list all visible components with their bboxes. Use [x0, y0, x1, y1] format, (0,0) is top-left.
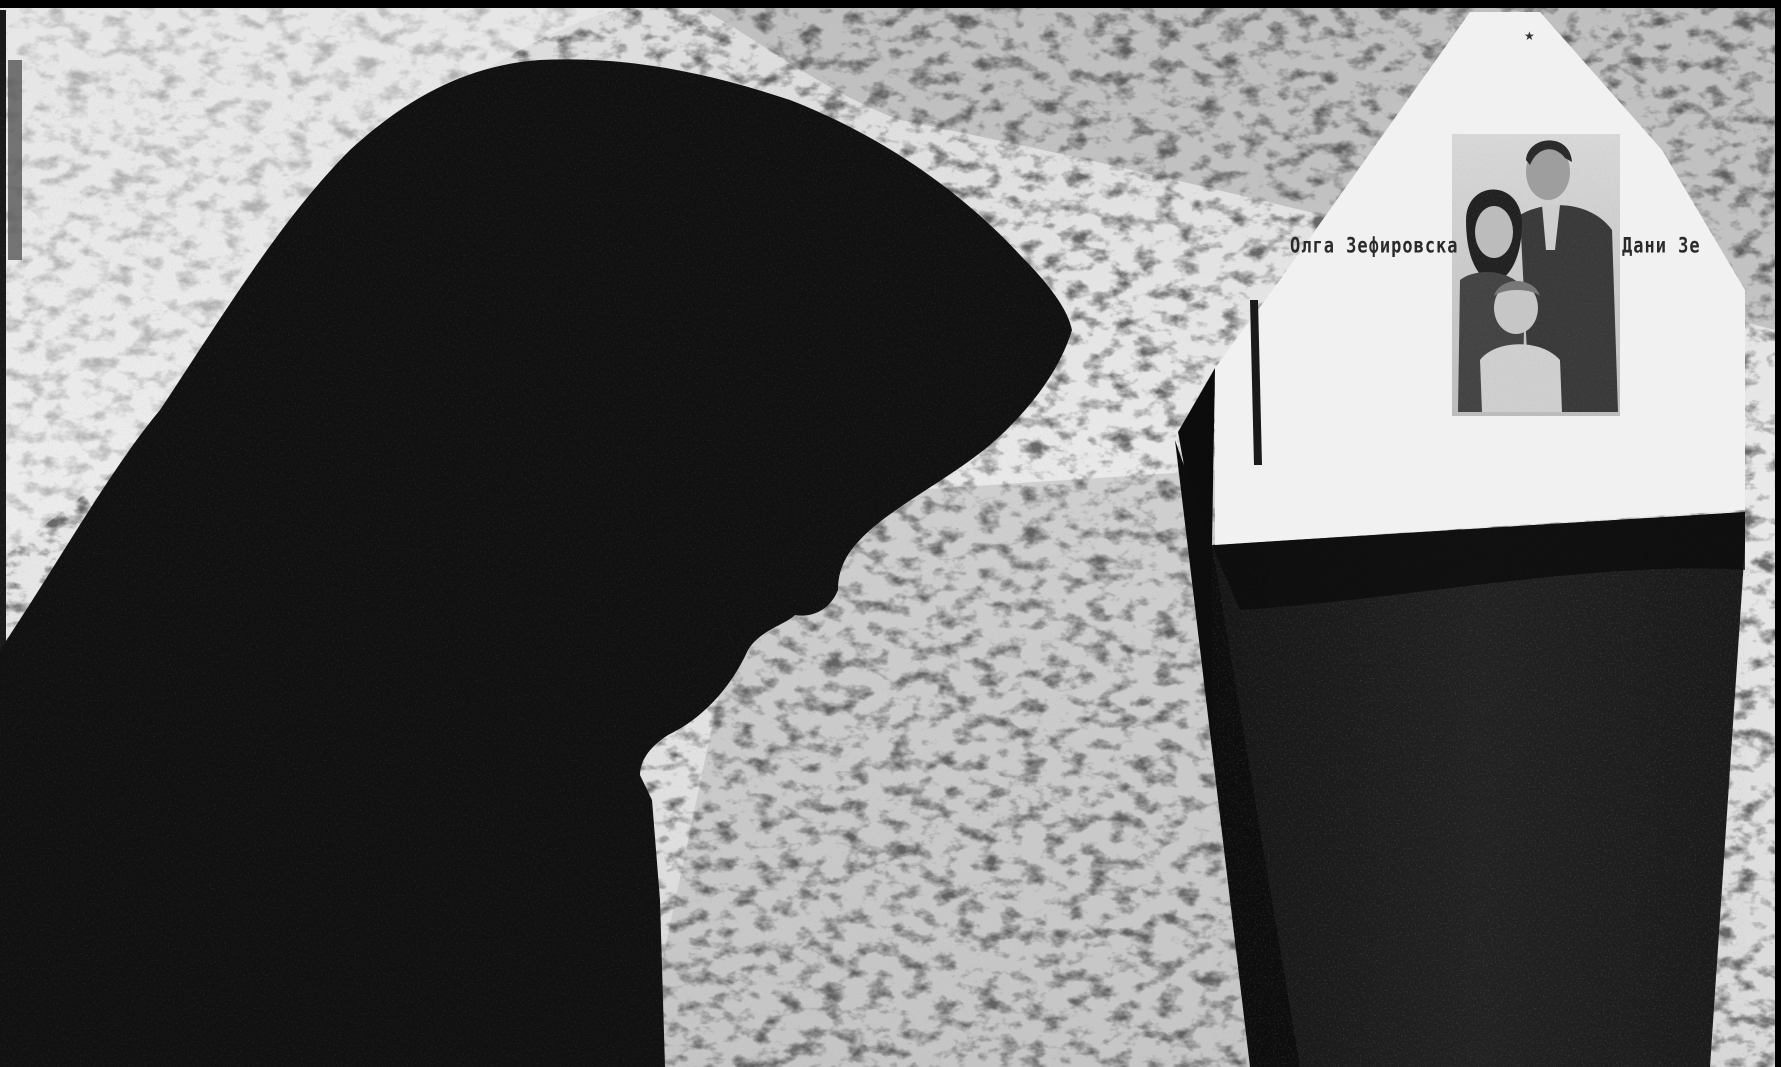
- top-border: [0, 0, 1781, 8]
- name-inscription-left: Олга Зефировска: [1290, 234, 1459, 259]
- family-portrait: [1452, 134, 1620, 416]
- star-icon: ★: [1524, 29, 1535, 43]
- name-inscription-right: Дани Зе: [1622, 234, 1701, 259]
- right-border: [1775, 0, 1781, 1067]
- photograph: ★: [0, 0, 1781, 1067]
